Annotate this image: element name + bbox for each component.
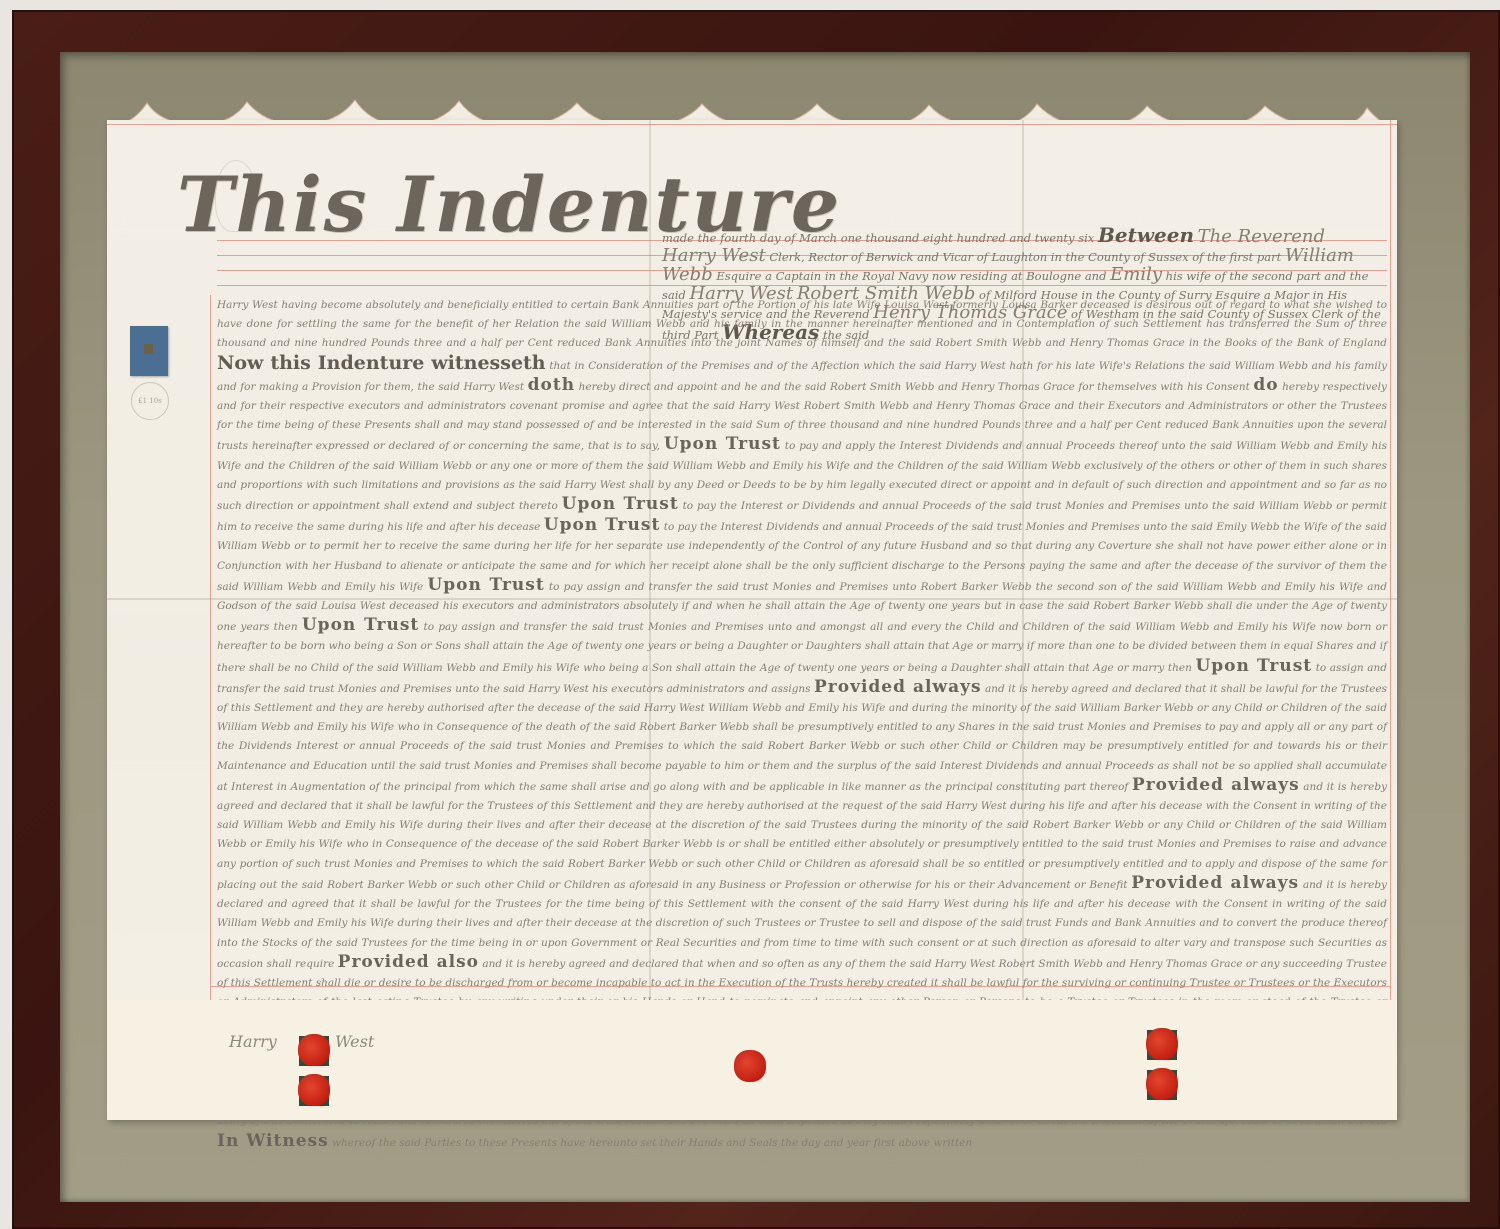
- party-description: Esquire a Captain in the Royal Navy now …: [716, 269, 1106, 283]
- keyword-upon-trust: Upon Trust: [562, 494, 679, 514]
- keyword-between: Between: [1098, 223, 1194, 247]
- body-paragraph: hereby direct and appoint and he and the…: [579, 381, 1250, 393]
- opening-text: made the: [662, 231, 716, 245]
- wax-seal: [1147, 1070, 1177, 1100]
- stamp-seal-icon: [144, 344, 153, 354]
- keyword-in-witness: In Witness: [217, 1131, 329, 1151]
- keyword-doth: doth: [528, 375, 575, 395]
- body-paragraph: whereof the said Parties to these Presen…: [332, 1137, 972, 1149]
- embossed-duty-stamp: £1 10s: [131, 382, 169, 420]
- keyword-now-this-indenture-witnesseth: Now this Indenture witnesseth: [217, 352, 546, 374]
- right-margin-rule: [1390, 120, 1391, 1000]
- keyword-upon-trust: Upon Trust: [664, 434, 781, 454]
- wax-seal: [299, 1036, 329, 1066]
- keyword-provided-always: Provided always: [1131, 873, 1299, 893]
- body-paragraph: Harry West having become absolutely and …: [217, 299, 1387, 349]
- date-year: one thousand eight hundred and twenty si…: [841, 231, 1095, 245]
- wax-seal: [299, 1076, 329, 1106]
- signature-first-name: Harry: [229, 1032, 277, 1051]
- keyword-provided-always: Provided always: [814, 677, 982, 697]
- keyword-do: do: [1253, 375, 1278, 395]
- opening-text: day of: [760, 231, 796, 245]
- party-description: Clerk, Rector of Berwick and Vicar of La…: [769, 250, 1281, 264]
- wax-seal: [1147, 1030, 1177, 1060]
- keyword-upon-trust: Upon Trust: [302, 615, 419, 635]
- signature-and-seal-strip: Harry West: [107, 1000, 1397, 1120]
- left-margin-rule: [210, 295, 211, 1000]
- revenue-stamp: [130, 326, 168, 376]
- keyword-upon-trust: Upon Trust: [427, 575, 544, 595]
- indenture-parchment: This Indenture made the fourth day of Ma…: [107, 120, 1397, 1120]
- keyword-provided-always: Provided always: [1132, 775, 1300, 795]
- wax-seal: [735, 1052, 765, 1082]
- keyword-provided-also: Provided also: [338, 952, 479, 972]
- keyword-upon-trust: Upon Trust: [1195, 656, 1312, 676]
- keyword-upon-trust: Upon Trust: [544, 515, 661, 535]
- party-name: Emily: [1110, 264, 1162, 285]
- signature-last-name: West: [335, 1032, 374, 1051]
- date-day: fourth: [720, 231, 756, 245]
- date-month: March: [799, 231, 837, 245]
- top-margin-rule: [107, 124, 1397, 125]
